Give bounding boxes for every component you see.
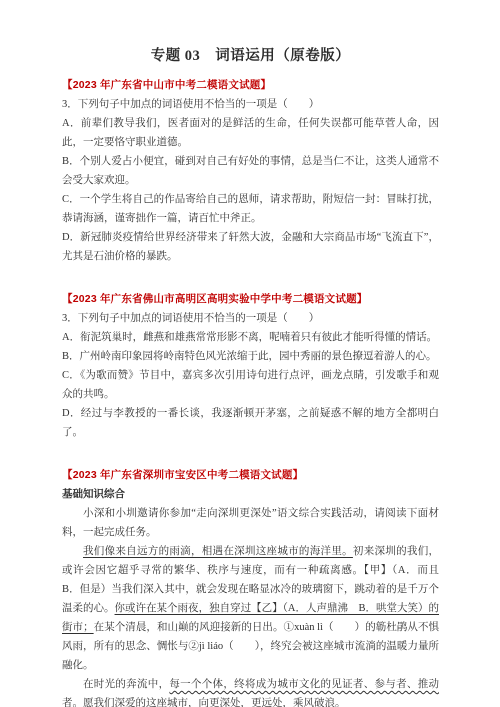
scan-artifact [0, 0, 59, 9]
section-subheading: 基础知识综合 [62, 485, 439, 504]
question-stem: 3．下列句子中加点的词语使用不恰当的一项是（ ） [62, 309, 439, 328]
exam-source-heading: 【2023 年广东省佛山市高明区高明实验中学中考二模语文试题】 [62, 290, 439, 309]
passage-text-2: 在某个清晨，和山巅的风迎接新的日出。①xuàn lì（ ）的簕杜鹃从不惧风雨，所… [62, 622, 439, 671]
option-d: D．新冠肺炎疫情给世界经济带来了轩然大波，金融和大宗商品市场“飞流直下”，尤其是… [62, 228, 439, 266]
passage-text-4: 。愿我们深爱的这座城市，向更深处，更远处，乘风破浪。 [73, 698, 346, 707]
passage-paragraph-1: 我们像来自远方的雨滴，相遇在深圳这座城市的海洋里。初来深圳的我们，或许会因它超乎… [62, 542, 439, 675]
passage-paragraph-2: 在时光的奔流中，每一个个体，终将成为城市文化的见证者、参与者、推动者。愿我们深爱… [62, 675, 439, 707]
option-c: C．一个学生将自己的作品寄给自己的恩师，请求帮助，附短信一封：冒昧打扰，恭请海涵… [62, 190, 439, 228]
option-a: A．前辈们教导我们，医者面对的是鲜活的生命，任何失误都可能草菅人命，因此，一定要… [62, 114, 439, 152]
exam-section-shenzhen: 【2023 年广东省深圳市宝安区中考二模语文试题】 基础知识综合 小深和小圳邀请… [62, 466, 439, 707]
exam-source-heading: 【2023 年广东省深圳市宝安区中考二模语文试题】 [62, 466, 439, 485]
option-b: B．广州岭南印象园将岭南特色风光浓缩于此，园中秀丽的景色撩逗着游人的心。 [62, 347, 439, 366]
underlined-sentence-1: 我们像来自远方的雨滴，相遇在深圳这座城市的海洋里。 [83, 546, 353, 557]
question-stem: 3．下列句子中加点的词语使用不恰当的一项是（ ） [62, 95, 439, 114]
page-title: 专题 03 词语运用（原卷版） [62, 46, 439, 66]
exam-section-foshan: 【2023 年广东省佛山市高明区高明实验中学中考二模语文试题】 3．下列句子中加… [62, 290, 439, 442]
task-intro: 小深和小圳邀请你参加“走向深圳更深处”语文综合实践活动，请阅读下面材料，一起完成… [62, 504, 439, 542]
option-c: C．《为歌而赞》节目中，嘉宾多次引用诗句进行点评，画龙点睛，引发歌手和观众的共鸣… [62, 366, 439, 404]
option-b: B．个别人爱占小便宜，碰到对自己有好处的事情，总是当仁不让，这类人通常不会受大家… [62, 152, 439, 190]
exam-section-zhongshan: 【2023 年广东省中山市中考二模语文试题】 3．下列句子中加点的词语使用不恰当… [62, 76, 439, 266]
exam-paper-page: 专题 03 词语运用（原卷版） 【2023 年广东省中山市中考二模语文试题】 3… [0, 0, 500, 707]
option-a: A．衔泥筑巢时，雌燕和雄燕常常形影不离，呢喃着只有彼此才能听得懂的情话。 [62, 328, 439, 347]
option-d: D．经过与李教授的一番长谈，我逐渐顿开茅塞，之前疑惑不解的地方全都明白了。 [62, 404, 439, 442]
exam-source-heading: 【2023 年广东省中山市中考二模语文试题】 [62, 76, 439, 95]
passage-text-3: 在时光的奔流中， [83, 679, 169, 690]
